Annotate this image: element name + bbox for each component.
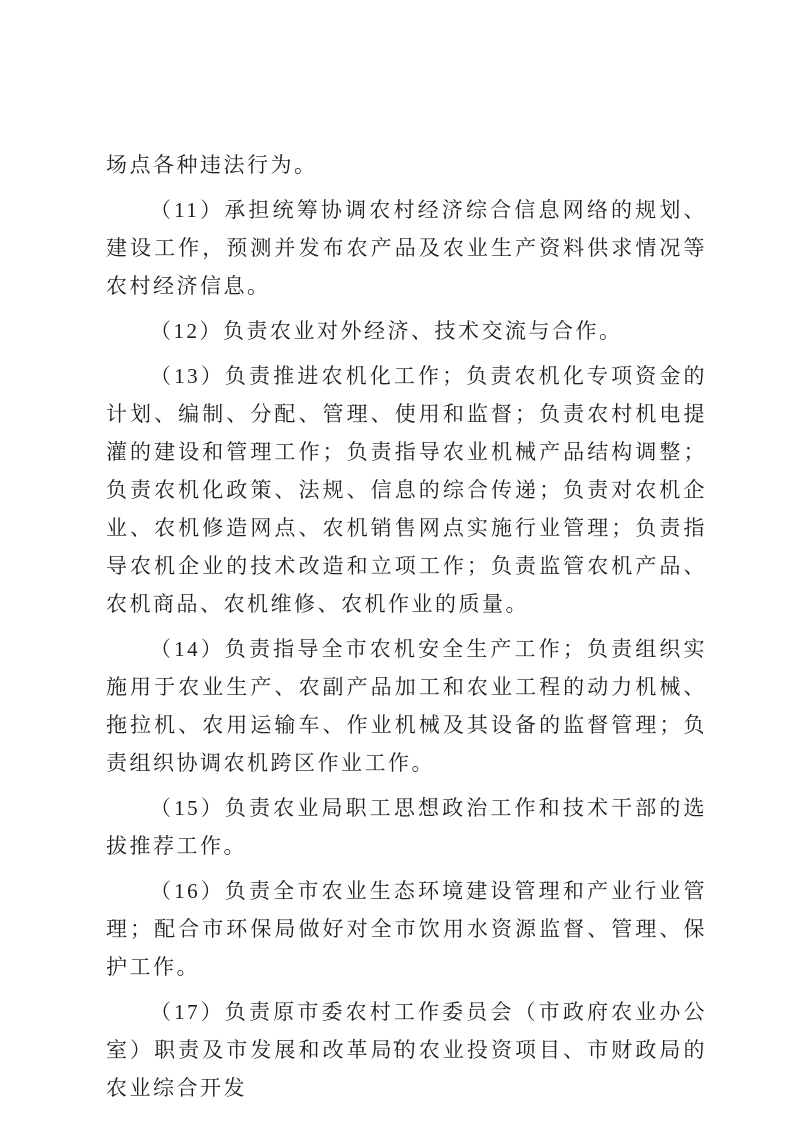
paragraph-item-16: （16）负责全市农业生态环境建设管理和产业行业管理；配合市环保局做好对全市饮用水…: [106, 872, 707, 986]
document-body: 场点各种违法行为。 （11）承担统筹协调农村经济综合信息网络的规划、建设工作，预…: [106, 146, 707, 1114]
document-page: 场点各种违法行为。 （11）承担统筹协调农村经济综合信息网络的规划、建设工作，预…: [0, 0, 793, 1122]
paragraph-item-12: （12）负责农业对外经济、技术交流与合作。: [106, 312, 707, 350]
paragraph-continuation: 场点各种违法行为。: [106, 146, 707, 184]
paragraph-item-11: （11）承担统筹协调农村经济综合信息网络的规划、建设工作，预测并发布农产品及农业…: [106, 191, 707, 305]
paragraph-item-14: （14）负责指导全市农机安全生产工作；负责组织实施用于农业生产、农副产品加工和农…: [106, 630, 707, 782]
paragraph-item-13: （13）负责推进农机化工作；负责农机化专项资金的计划、编制、分配、管理、使用和监…: [106, 357, 707, 623]
page-number: 7: [0, 1037, 793, 1057]
paragraph-item-15: （15）负责农业局职工思想政治工作和技术干部的选拔推荐工作。: [106, 789, 707, 865]
